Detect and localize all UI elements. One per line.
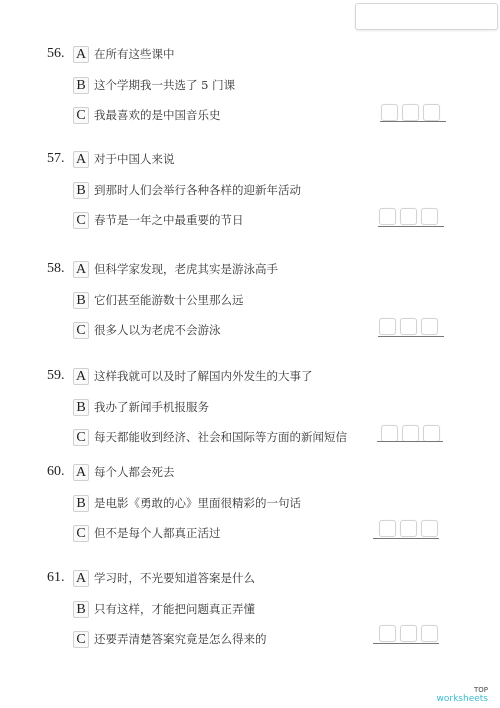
- option-letter: C: [73, 429, 89, 446]
- answer-boxes: [379, 625, 438, 642]
- option-letter: C: [73, 631, 89, 648]
- answer-boxes: [381, 104, 440, 121]
- option-letter: A: [73, 261, 89, 278]
- option-text: 对于中国人来说: [94, 151, 175, 167]
- option-text: 学习时，不光要知道答案是什么: [94, 570, 255, 586]
- answer-boxes: [379, 208, 438, 225]
- question-number: 57.: [47, 151, 73, 167]
- option-text: 这样我就可以及时了解国内外发生的大事了: [94, 368, 313, 384]
- topworksheets-logo: TOP worksheets: [437, 686, 488, 704]
- answer-box-1[interactable]: [379, 520, 396, 537]
- option-c: C春节是一年之中最重要的节日: [73, 211, 244, 229]
- option-text: 每天都能收到经济、社会和国际等方面的新闻短信: [94, 429, 347, 445]
- option-letter: B: [73, 292, 89, 309]
- answer-underline: [373, 538, 439, 539]
- question-number: 56.: [47, 46, 73, 62]
- option-letter: C: [73, 107, 89, 124]
- option-b: B到那时人们会举行各种各样的迎新年活动: [73, 181, 301, 199]
- option-b: B它们甚至能游数十公里那么远: [73, 291, 244, 309]
- option-letter: B: [73, 601, 89, 618]
- answer-box-3[interactable]: [421, 520, 438, 537]
- option-letter: A: [73, 464, 89, 481]
- answer-box-3[interactable]: [421, 625, 438, 642]
- answer-box-2[interactable]: [402, 104, 419, 121]
- answer-box-2[interactable]: [402, 425, 419, 442]
- answer-box-1[interactable]: [379, 625, 396, 642]
- option-text: 是电影《勇敢的心》里面很精彩的一句话: [94, 495, 301, 511]
- option-b: B这个学期我一共选了 5 门课: [73, 76, 235, 94]
- answer-box-1[interactable]: [379, 208, 396, 225]
- option-letter: B: [73, 77, 89, 94]
- question-number: 59.: [47, 368, 73, 384]
- option-a: A这样我就可以及时了解国内外发生的大事了: [73, 367, 313, 385]
- answer-box-3[interactable]: [423, 425, 440, 442]
- logo-bottom-text: worksheets: [437, 695, 488, 704]
- option-text: 还要弄清楚答案究竟是怎么得来的: [94, 631, 267, 647]
- answer-box-2[interactable]: [400, 625, 417, 642]
- answer-box-2[interactable]: [400, 318, 417, 335]
- top-answer-input[interactable]: [355, 3, 498, 30]
- answer-box-3[interactable]: [421, 208, 438, 225]
- option-c: C但不是每个人都真正活过: [73, 524, 221, 542]
- question-number: 58.: [47, 261, 73, 277]
- option-b: B我办了新闻手机报服务: [73, 398, 209, 416]
- option-letter: B: [73, 399, 89, 416]
- answer-underline: [373, 643, 439, 644]
- option-b: B是电影《勇敢的心》里面很精彩的一句话: [73, 494, 301, 512]
- option-c: C每天都能收到经济、社会和国际等方面的新闻短信: [73, 428, 347, 446]
- option-letter: C: [73, 212, 89, 229]
- answer-underline: [378, 226, 444, 227]
- answer-box-1[interactable]: [381, 104, 398, 121]
- question-number: 60.: [47, 464, 73, 480]
- question-number: 61.: [47, 570, 73, 586]
- option-text: 我最喜欢的是中国音乐史: [94, 107, 221, 123]
- option-a: A学习时，不光要知道答案是什么: [73, 569, 255, 587]
- option-letter: C: [73, 322, 89, 339]
- option-c: C我最喜欢的是中国音乐史: [73, 106, 221, 124]
- option-text: 到那时人们会举行各种各样的迎新年活动: [94, 182, 301, 198]
- option-letter: B: [73, 495, 89, 512]
- option-letter: A: [73, 368, 89, 385]
- answer-box-3[interactable]: [421, 318, 438, 335]
- option-text: 这个学期我一共选了 5 门课: [94, 77, 235, 93]
- option-c: C很多人以为老虎不会游泳: [73, 321, 221, 339]
- option-text: 很多人以为老虎不会游泳: [94, 322, 221, 338]
- option-letter: A: [73, 570, 89, 587]
- option-text: 它们甚至能游数十公里那么远: [94, 292, 244, 308]
- option-a: A每个人都会死去: [73, 463, 175, 481]
- answer-box-2[interactable]: [400, 208, 417, 225]
- answer-underline: [377, 441, 443, 442]
- answer-underline: [378, 336, 444, 337]
- option-text: 但科学家发现，老虎其实是游泳高手: [94, 261, 278, 277]
- option-c: C还要弄清楚答案究竟是怎么得来的: [73, 630, 267, 648]
- option-letter: A: [73, 46, 89, 63]
- option-text: 我办了新闻手机报服务: [94, 399, 209, 415]
- option-text: 春节是一年之中最重要的节日: [94, 212, 244, 228]
- option-letter: C: [73, 525, 89, 542]
- option-a: A在所有这些课中: [73, 45, 175, 63]
- answer-boxes: [379, 318, 438, 335]
- answer-boxes: [381, 425, 440, 442]
- option-letter: B: [73, 182, 89, 199]
- answer-box-2[interactable]: [400, 520, 417, 537]
- answer-box-1[interactable]: [379, 318, 396, 335]
- answer-box-1[interactable]: [381, 425, 398, 442]
- option-a: A但科学家发现，老虎其实是游泳高手: [73, 260, 278, 278]
- answer-underline: [380, 121, 446, 122]
- option-text: 但不是每个人都真正活过: [94, 525, 221, 541]
- option-text: 在所有这些课中: [94, 46, 175, 62]
- option-a: A对于中国人来说: [73, 150, 175, 168]
- option-text: 每个人都会死去: [94, 464, 175, 480]
- answer-box-3[interactable]: [423, 104, 440, 121]
- option-b: B只有这样，才能把问题真正弄懂: [73, 600, 255, 618]
- option-letter: A: [73, 151, 89, 168]
- answer-boxes: [379, 520, 438, 537]
- option-text: 只有这样，才能把问题真正弄懂: [94, 601, 255, 617]
